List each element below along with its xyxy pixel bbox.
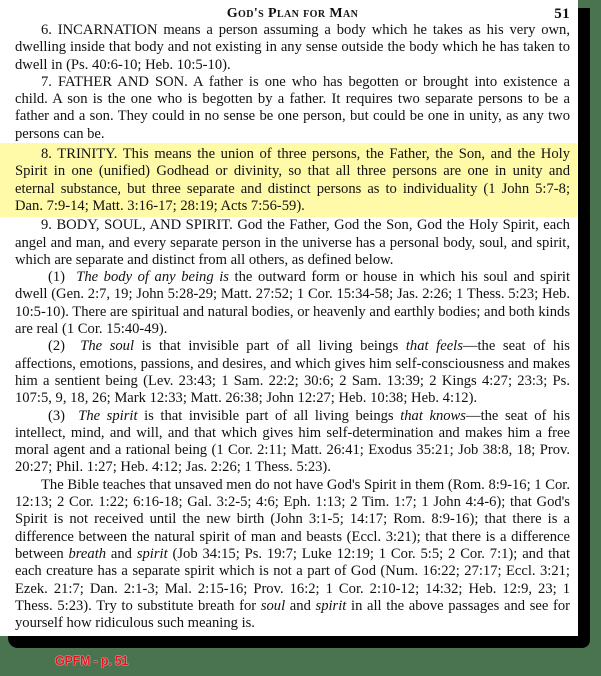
running-head: God's Plan for Man 51: [15, 0, 570, 22]
book-page: God's Plan for Man 51 6. INCARNATION mea…: [0, 0, 578, 636]
term-body-soul-spirit: 9. BODY, SOUL, AND SPIRIT.: [41, 217, 233, 233]
term-soul: The soul: [80, 338, 134, 354]
term-father-and-son: 7. FATHER AND SON.: [41, 74, 188, 90]
paragraph-trinity-highlighted: 8. TRINITY. This means the union of thre…: [0, 143, 577, 217]
page-content: God's Plan for Man 51 6. INCARNATION mea…: [15, 0, 570, 632]
paragraph-bible-teaches: The Bible teaches that unsaved men do no…: [15, 477, 570, 633]
paragraph-body-definition: (1) The body of any being is the outward…: [15, 269, 570, 338]
term-body: The body of any being is: [76, 269, 229, 285]
term-incarnation: 6. INCARNATION: [41, 22, 158, 38]
term-trinity: 8. TRINITY.: [41, 146, 117, 162]
paragraph-soul-definition: (2) The soul is that invisible part of a…: [15, 338, 570, 407]
paragraph-father-and-son: 7. FATHER AND SON. A father is one who h…: [15, 74, 570, 143]
page-number: 51: [554, 0, 570, 28]
running-head-title: God's Plan for Man: [227, 6, 358, 21]
paragraph-body-soul-spirit: 9. BODY, SOUL, AND SPIRIT. God the Fathe…: [15, 217, 570, 269]
paragraph-spirit-definition: (3) The spirit is that invisible part of…: [15, 408, 570, 477]
source-caption: GPFM - p. 51: [55, 654, 128, 668]
paragraph-incarnation: 6. INCARNATION means a person assuming a…: [15, 22, 570, 74]
term-spirit: The spirit: [78, 408, 137, 424]
